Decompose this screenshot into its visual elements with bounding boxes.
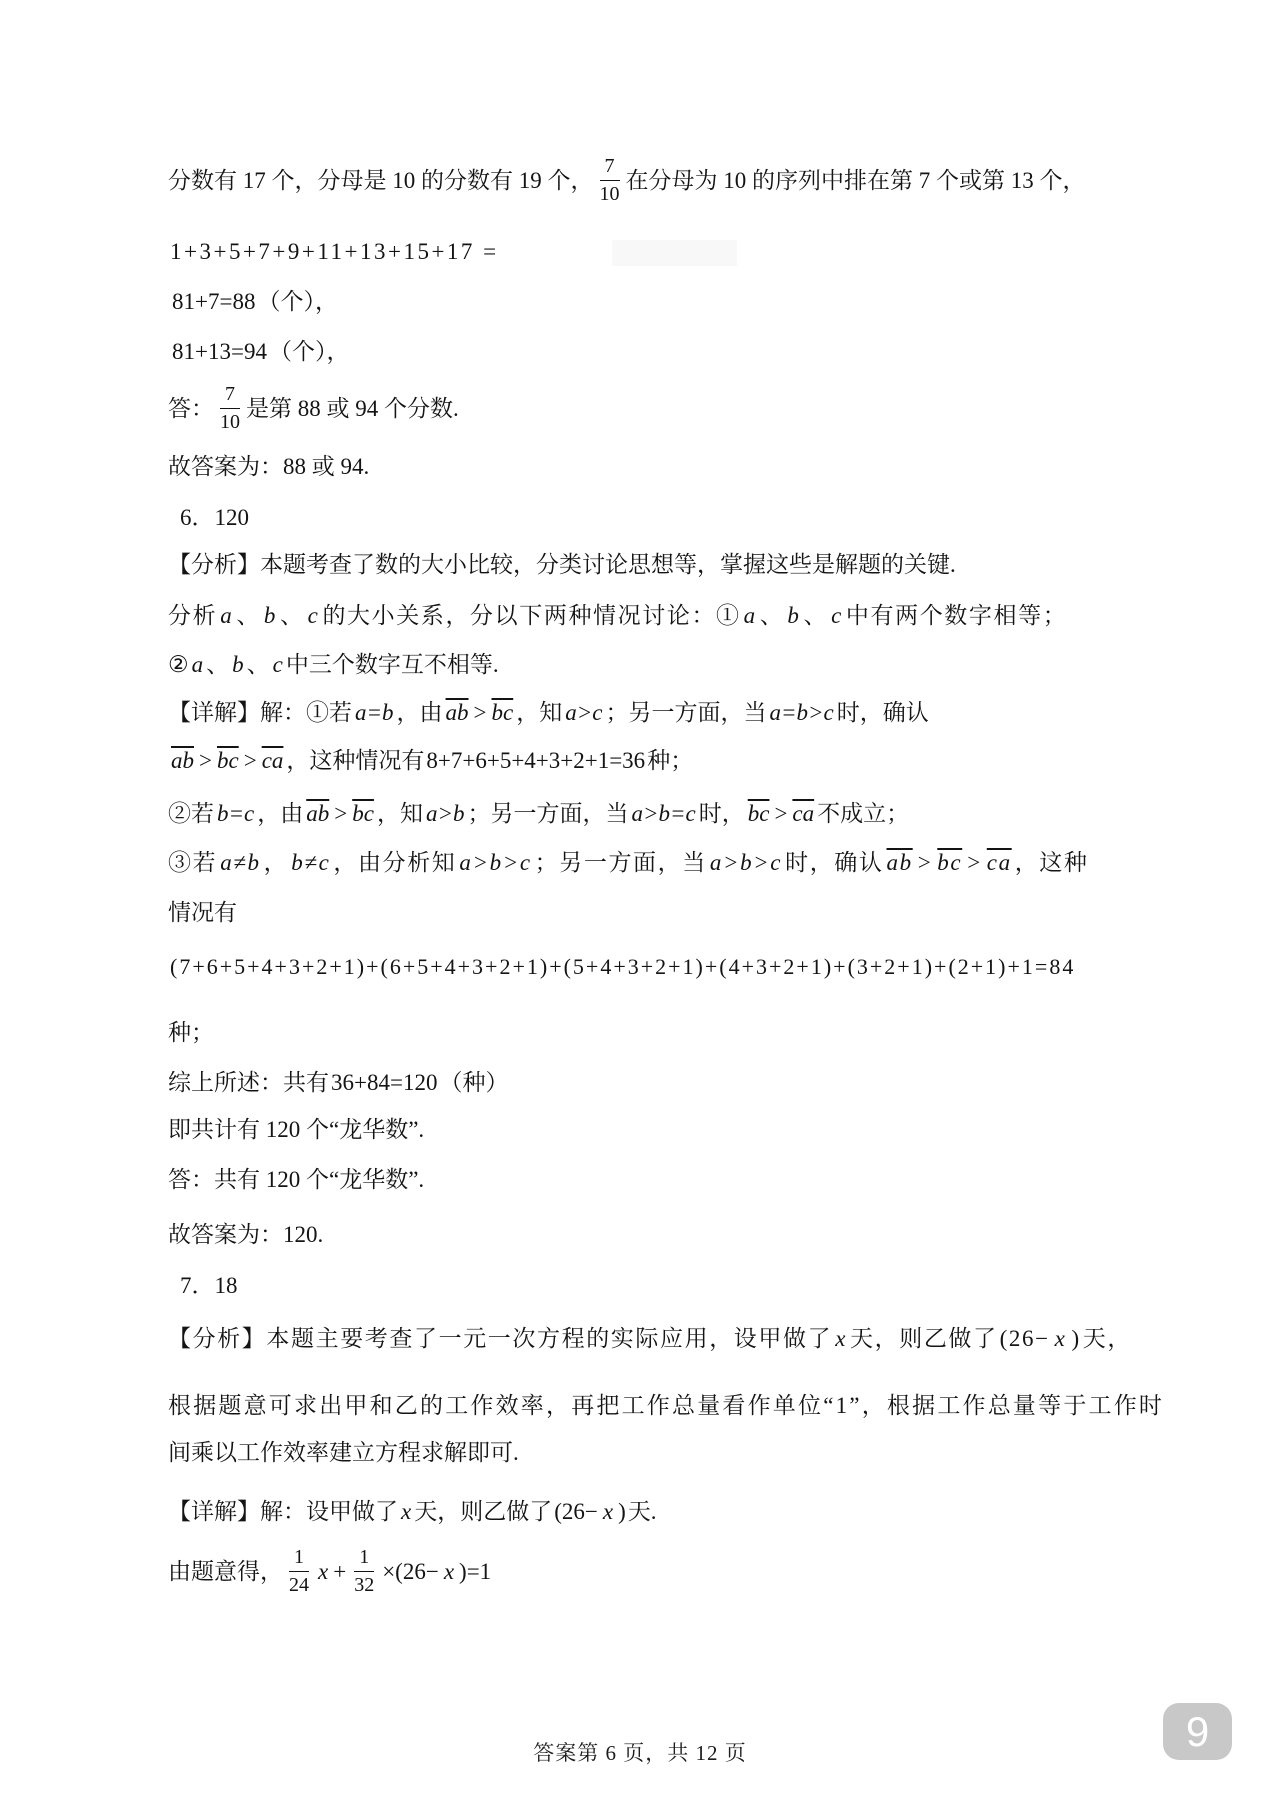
fraction: 132: [354, 1546, 374, 1597]
text-run: 分数有 17 个，分母是 10 的分数有 19 个，: [168, 166, 594, 196]
text-run: 是第 88 或 94 个分数.: [246, 394, 459, 424]
overline-run: ca: [987, 848, 1012, 878]
fraction-numerator: 7: [600, 155, 620, 181]
math-run: a: [744, 601, 757, 631]
solution-line-11: 【详解】解：①若a=b，由ab>bc，知a>c；另一方面，当a=b>c时，确认: [168, 698, 929, 728]
solution-line-8: 【分析】本题考查了数的大小比较，分类讨论思想等，掌握这些是解题的关键.: [168, 550, 956, 580]
math-run: ): [1071, 1324, 1080, 1354]
math-run: c: [308, 601, 320, 631]
fraction-denominator: 24: [289, 1572, 309, 1597]
text-run: 不成立；: [817, 799, 909, 829]
math-run: x: [603, 1497, 613, 1527]
math-run: c: [831, 601, 843, 631]
overline-run: bc: [352, 799, 374, 829]
fraction-denominator: 10: [220, 409, 240, 434]
text-run: 【详解】解：①若: [168, 698, 352, 728]
text-run: ，这种: [1015, 848, 1089, 878]
math-run: >: [918, 848, 933, 878]
math-run: 8+7+6+5+4+3+2+1=36: [426, 746, 645, 776]
text-run: 间乘以工作效率建立方程求解即可.: [168, 1438, 519, 1468]
text-run: 、: [803, 601, 828, 631]
text-run: 、: [236, 601, 261, 631]
text-run: 根据题意可求出甲和乙的工作效率，再把工作总量看作单位“1”，根据工作总量等于工作…: [168, 1391, 1164, 1421]
math-run: a: [192, 650, 204, 680]
text-run: 由题意得，: [168, 1557, 283, 1587]
math-run: a=b>c: [769, 698, 833, 728]
math-run: >: [199, 746, 212, 776]
text-run: 天，则乙做了: [850, 1324, 998, 1354]
text-run: 即共计有 120 个“龙华数”.: [168, 1115, 424, 1145]
text-run: 故答案为：120.: [168, 1220, 323, 1250]
erased-mark: [612, 240, 737, 266]
math-run: +: [333, 1557, 346, 1587]
text-run: 分析: [168, 601, 217, 631]
math-run: a>b: [426, 799, 465, 829]
math-run: a>b>c: [459, 848, 531, 878]
text-run: 在分母为 10 的序列中排在第 7 个或第 13 个，: [626, 166, 1086, 196]
document-page: 分数有 17 个，分母是 10 的分数有 19 个，710在分母为 10 的序列…: [0, 0, 1280, 1810]
math-run: >: [474, 698, 487, 728]
text-run: 、: [280, 601, 305, 631]
text-run: ，: [264, 848, 289, 878]
solution-line-2: 1+3+5+7+9+11+13+15+17 =: [168, 237, 501, 267]
solution-line-22: 7．18: [180, 1271, 238, 1301]
text-run: 7．18: [180, 1271, 238, 1301]
text-run: 天，: [1083, 1324, 1132, 1354]
math-run: (26−: [554, 1497, 598, 1527]
math-run: 36+84=120: [331, 1068, 437, 1098]
math-run: a=b: [355, 698, 394, 728]
overline-run: ab: [887, 848, 913, 878]
text-run: ②: [168, 650, 189, 680]
fraction: 710: [220, 383, 240, 434]
text-run: ，知: [516, 698, 562, 728]
solution-line-16: (7+6+5+4+3+2+1)+(6+5+4+3+2+1)+(5+4+3+2+1…: [168, 953, 1077, 982]
text-run: 答：: [168, 394, 214, 424]
math-run: 1+3+5+7+9+11+13+15+17 =: [170, 237, 499, 267]
text-run: 故答案为：88 或 94.: [168, 452, 369, 482]
text-run: 、: [206, 650, 229, 680]
math-run: >: [967, 848, 982, 878]
solution-line-25: 间乘以工作效率建立方程求解即可.: [168, 1438, 519, 1468]
math-run: b: [787, 601, 800, 631]
text-run: ，这种情况有: [286, 746, 424, 776]
math-run: (26−: [1000, 1324, 1050, 1354]
solution-line-19: 即共计有 120 个“龙华数”.: [168, 1115, 424, 1145]
fraction-denominator: 10: [600, 181, 620, 206]
text-run: ；另一方面，当: [535, 848, 707, 878]
solution-line-12: ab>bc>ca，这种情况有8+7+6+5+4+3+2+1=36种；: [168, 746, 693, 776]
math-run: a>b=c: [631, 799, 695, 829]
fraction: 124: [289, 1546, 309, 1597]
text-run: 、: [760, 601, 785, 631]
math-run: >: [774, 799, 787, 829]
text-run: ；另一方面，当: [605, 698, 766, 728]
math-run: x: [318, 1557, 328, 1587]
text-run: 【分析】本题考查了数的大小比较，分类讨论思想等，掌握这些是解题的关键.: [168, 550, 956, 580]
math-run: 81+13=94: [172, 337, 267, 367]
overline-run: ca: [792, 799, 814, 829]
text-run: 种；: [647, 746, 693, 776]
text-run: （个），: [257, 287, 338, 317]
math-run: >: [244, 746, 257, 776]
text-run: 【分析】本题主要考查了一元一次方程的实际应用，设甲做了: [168, 1324, 832, 1354]
solution-line-26: 【详解】解：设甲做了x天，则乙做了(26−x)天.: [168, 1497, 657, 1527]
text-run: 时，: [699, 799, 745, 829]
text-run: （个），: [269, 337, 350, 367]
text-run: 综上所述：共有: [168, 1068, 329, 1098]
text-run: 时，确认: [785, 848, 883, 878]
math-run: a: [220, 601, 233, 631]
math-run: x: [1055, 1324, 1067, 1354]
math-run: b: [264, 601, 277, 631]
solution-line-13: ②若b=c，由ab>bc，知a>b；另一方面，当a>b=c时，bc>ca不成立；: [168, 799, 909, 829]
solution-line-27: 由题意得，124x+132×(26−x)=1: [168, 1546, 493, 1597]
solution-line-17: 种；: [168, 1018, 214, 1048]
math-run: ×(26−: [382, 1557, 439, 1587]
math-run: a>c: [565, 698, 602, 728]
math-run: x: [835, 1324, 847, 1354]
solution-line-5: 答：710是第 88 或 94 个分数.: [168, 383, 459, 434]
solution-line-4: 81+13=94（个），: [170, 337, 349, 367]
solution-line-14: ③若a≠b，b≠c，由分析知a>b>c；另一方面，当a>b>c时，确认ab>bc…: [168, 848, 1089, 878]
fraction-numerator: 7: [220, 383, 240, 409]
overline-run: ab: [446, 698, 469, 728]
text-run: 6．120: [180, 503, 249, 533]
text-run: 【详解】解：设甲做了: [168, 1497, 398, 1527]
text-run: 情况有: [168, 898, 237, 928]
text-run: ③若: [168, 848, 217, 878]
fraction-denominator: 32: [354, 1572, 374, 1597]
solution-line-20: 答：共有 120 个“龙华数”.: [168, 1165, 424, 1195]
page-number-badge: 9: [1163, 1703, 1232, 1760]
text-run: 中三个数字互不相等.: [286, 650, 499, 680]
fraction-numerator: 1: [354, 1546, 374, 1572]
text-run: 的大小关系，分以下两种情况讨论：①: [322, 601, 740, 631]
solution-line-23: 【分析】本题主要考查了一元一次方程的实际应用，设甲做了x天，则乙做了(26−x)…: [168, 1324, 1132, 1354]
math-run: x: [444, 1557, 454, 1587]
text-run: ，知: [377, 799, 423, 829]
text-run: ②若: [168, 799, 214, 829]
math-run: ): [618, 1497, 626, 1527]
text-run: 天，则乙做了: [414, 1497, 552, 1527]
text-run: ，由分析知: [333, 848, 456, 878]
solution-line-7: 6．120: [180, 503, 249, 533]
fraction-numerator: 1: [289, 1546, 309, 1572]
overline-run: bc: [937, 848, 962, 878]
math-run: x: [401, 1497, 411, 1527]
text-run: ；另一方面，当: [467, 799, 628, 829]
footer-page-info: 答案第 6 页，共 12 页: [533, 1737, 747, 1767]
overline-run: ca: [262, 746, 284, 776]
solution-line-24: 根据题意可求出甲和乙的工作效率，再把工作总量看作单位“1”，根据工作总量等于工作…: [168, 1391, 1164, 1421]
solution-line-6: 故答案为：88 或 94.: [168, 452, 369, 482]
text-run: ，由: [257, 799, 303, 829]
fraction: 710: [600, 155, 620, 206]
overline-run: bc: [748, 799, 770, 829]
overline-run: bc: [217, 746, 239, 776]
solution-line-9: 分析a、b、c的大小关系，分以下两种情况讨论：① a、b、c中有两个数字相等；: [168, 601, 1067, 631]
overline-run: ab: [306, 799, 329, 829]
text-run: 答：共有 120 个“龙华数”.: [168, 1165, 424, 1195]
solution-line-21: 故答案为：120.: [168, 1220, 323, 1250]
math-run: b≠c: [291, 848, 330, 878]
math-run: 81+7=88: [172, 287, 255, 317]
solution-line-15: 情况有: [168, 898, 237, 928]
text-run: 种；: [168, 1018, 214, 1048]
math-run: c: [273, 650, 283, 680]
solution-line-3: 81+7=88（个），: [170, 287, 338, 317]
text-run: 中有两个数字相等；: [846, 601, 1067, 631]
solution-line-10: ②a、b、c中三个数字互不相等.: [168, 650, 499, 680]
math-run: >: [334, 799, 347, 829]
text-run: （种）: [439, 1068, 508, 1098]
overline-run: bc: [492, 698, 514, 728]
math-run: (7+6+5+4+3+2+1)+(6+5+4+3+2+1)+(5+4+3+2+1…: [170, 953, 1075, 982]
solution-line-18: 综上所述：共有36+84=120（种）: [168, 1068, 508, 1098]
math-run: )=1: [459, 1557, 491, 1587]
math-run: b=c: [217, 799, 254, 829]
text-run: 天.: [628, 1497, 657, 1527]
math-run: a≠b: [220, 848, 260, 878]
text-run: 、: [247, 650, 270, 680]
math-run: b: [232, 650, 244, 680]
text-run: ，由: [397, 698, 443, 728]
text-run: 时，确认: [837, 698, 929, 728]
solution-line-1: 分数有 17 个，分母是 10 的分数有 19 个，710在分母为 10 的序列…: [168, 155, 1086, 206]
overline-run: ab: [171, 746, 194, 776]
math-run: a>b>c: [710, 848, 782, 878]
